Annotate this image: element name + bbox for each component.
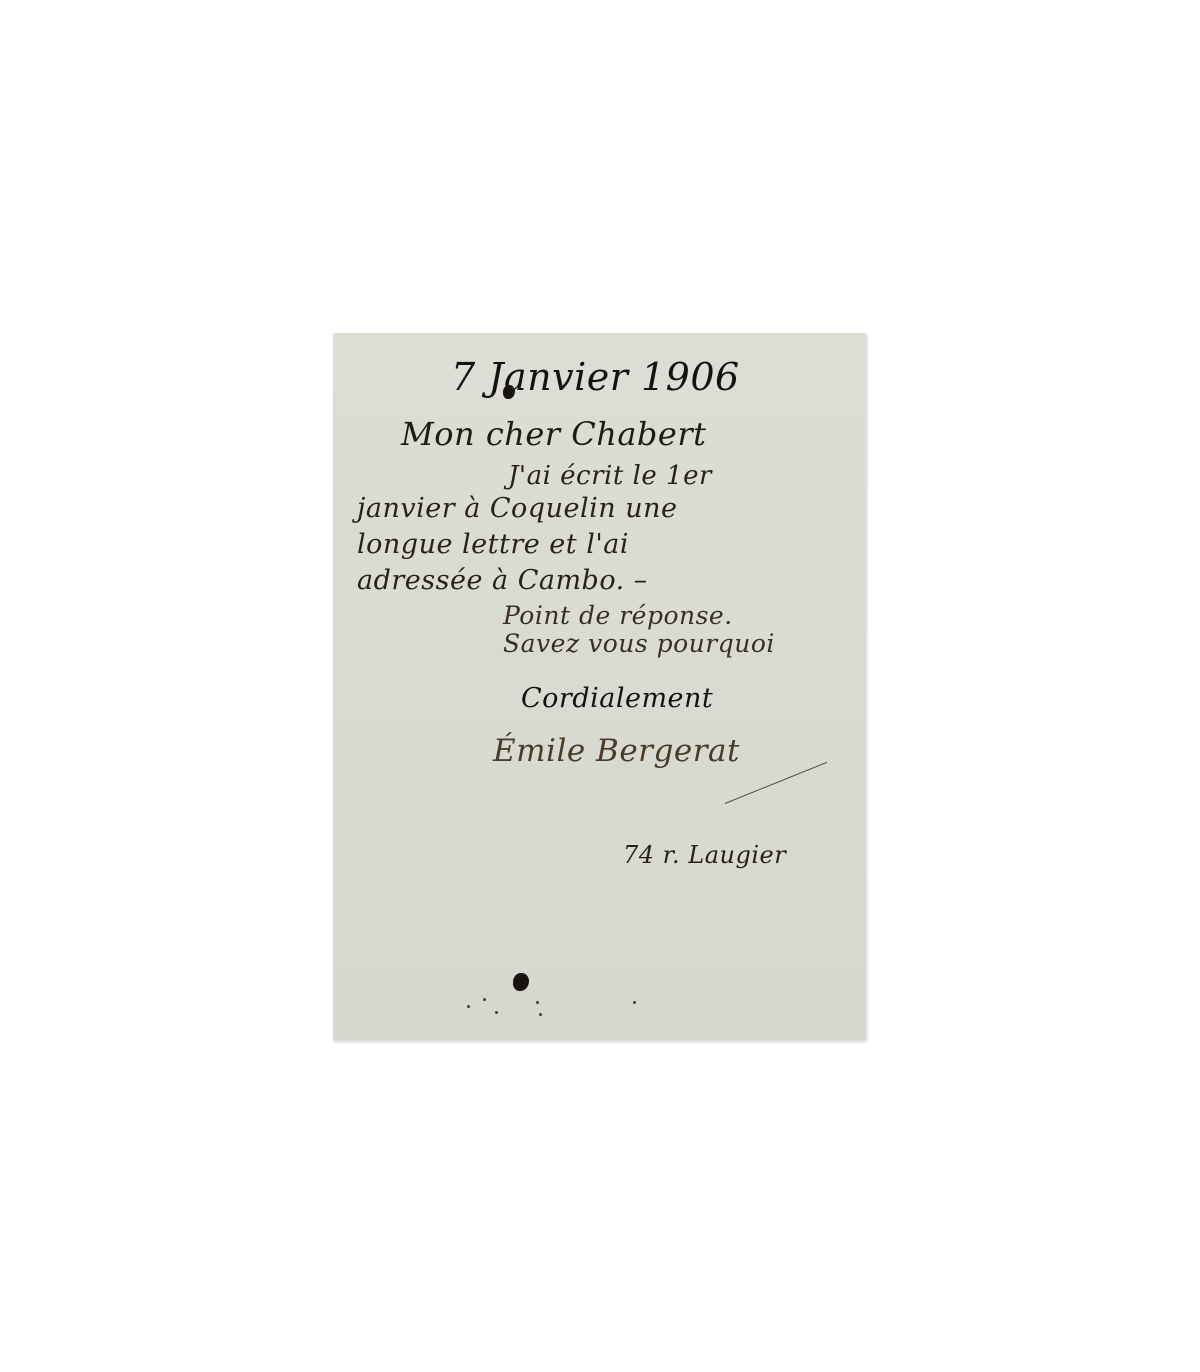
letter-salutation: Mon cher Chabert	[401, 415, 707, 453]
ink-speck	[483, 998, 486, 1001]
letter-body-line: longue lettre et l'ai	[357, 529, 629, 560]
ink-blot	[513, 973, 529, 991]
signature-flourish	[725, 762, 827, 804]
letter-paper: 7 Janvier 1906 Mon cher Chabert J'ai écr…	[333, 333, 866, 1040]
ink-speck	[467, 1005, 470, 1008]
ink-speck	[633, 1001, 636, 1004]
letter-body-line: janvier à Coquelin une	[357, 493, 677, 524]
ink-speck	[536, 1001, 539, 1004]
letter-closing: Cordialement	[521, 683, 713, 714]
letter-date: 7 Janvier 1906	[451, 355, 740, 399]
ink-speck	[495, 1011, 498, 1014]
letter-signature: Émile Bergerat	[493, 733, 740, 769]
letter-body-line: adressée à Cambo. –	[357, 565, 648, 596]
letter-body-line: J'ai écrit le 1er	[508, 461, 712, 491]
ink-speck	[539, 1013, 542, 1016]
letter-address: 74 r. Laugier	[623, 841, 786, 869]
letter-body-line: Savez vous pourquoi	[503, 629, 775, 658]
letter-body-line: Point de réponse.	[503, 601, 733, 630]
